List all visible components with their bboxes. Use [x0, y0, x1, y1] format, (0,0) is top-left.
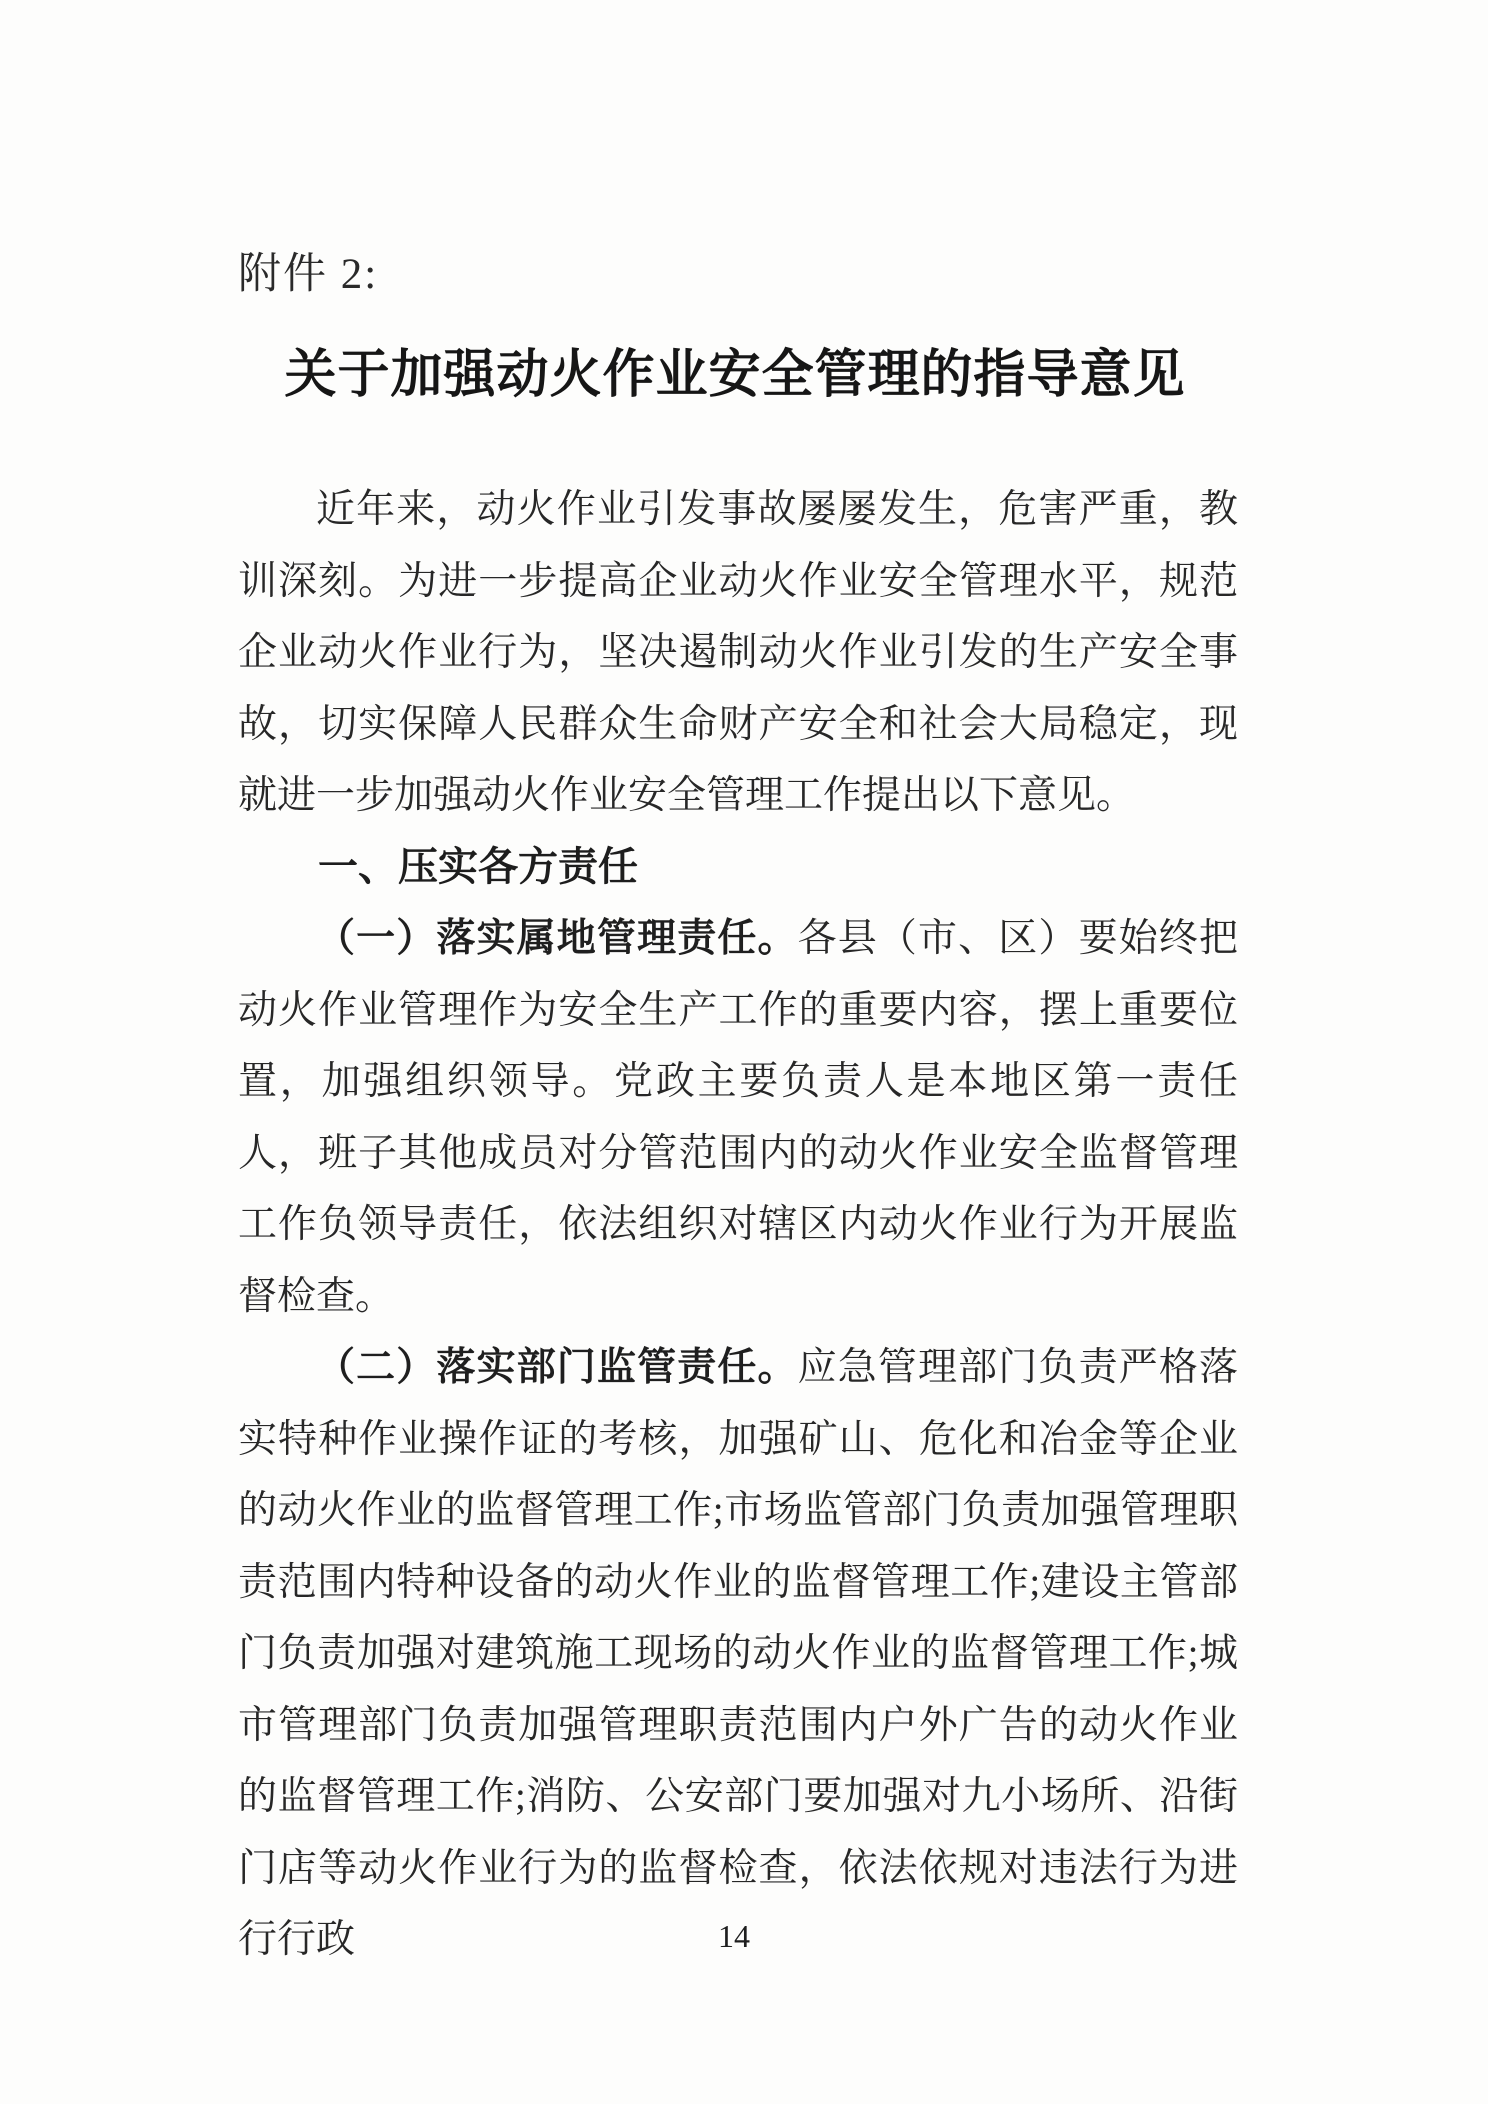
paragraph-item-2-lead: （二）落实部门监管责任。 — [316, 1346, 798, 1389]
attachment-label: 附件 2: — [238, 240, 378, 301]
paragraph-item-1: （一）落实属地管理责任。各县（市、区）要始终把动火作业管理作为安全生产工作的重要… — [238, 903, 1238, 1332]
page-number: 14 — [0, 1918, 1468, 1955]
paragraph-item-2-text: 应急管理部门负责严格落实特种作业操作证的考核，加强矿山、危化和冶金等企业的动火作… — [238, 1346, 1238, 1961]
paragraph-intro: 近年来，动火作业引发事故屡屡发生，危害严重，教训深刻。为进一步提高企业动火作业安… — [238, 474, 1238, 832]
document-page: 附件 2: 关于加强动火作业安全管理的指导意见 近年来，动火作业引发事故屡屡发生… — [0, 0, 1488, 2104]
document-body: 近年来，动火作业引发事故屡屡发生，危害严重，教训深刻。为进一步提高企业动火作业安… — [238, 474, 1238, 1976]
document-title: 关于加强动火作业安全管理的指导意见 — [230, 332, 1240, 407]
paragraph-item-1-text: 各县（市、区）要始终把动火作业管理作为安全生产工作的重要内容，摆上重要位置，加强… — [238, 917, 1238, 1318]
paragraph-item-2: （二）落实部门监管责任。应急管理部门负责严格落实特种作业操作证的考核，加强矿山、… — [238, 1332, 1238, 1976]
section-heading-1: 一、压实各方责任 — [238, 832, 1238, 904]
paragraph-item-1-lead: （一）落实属地管理责任。 — [316, 917, 798, 960]
